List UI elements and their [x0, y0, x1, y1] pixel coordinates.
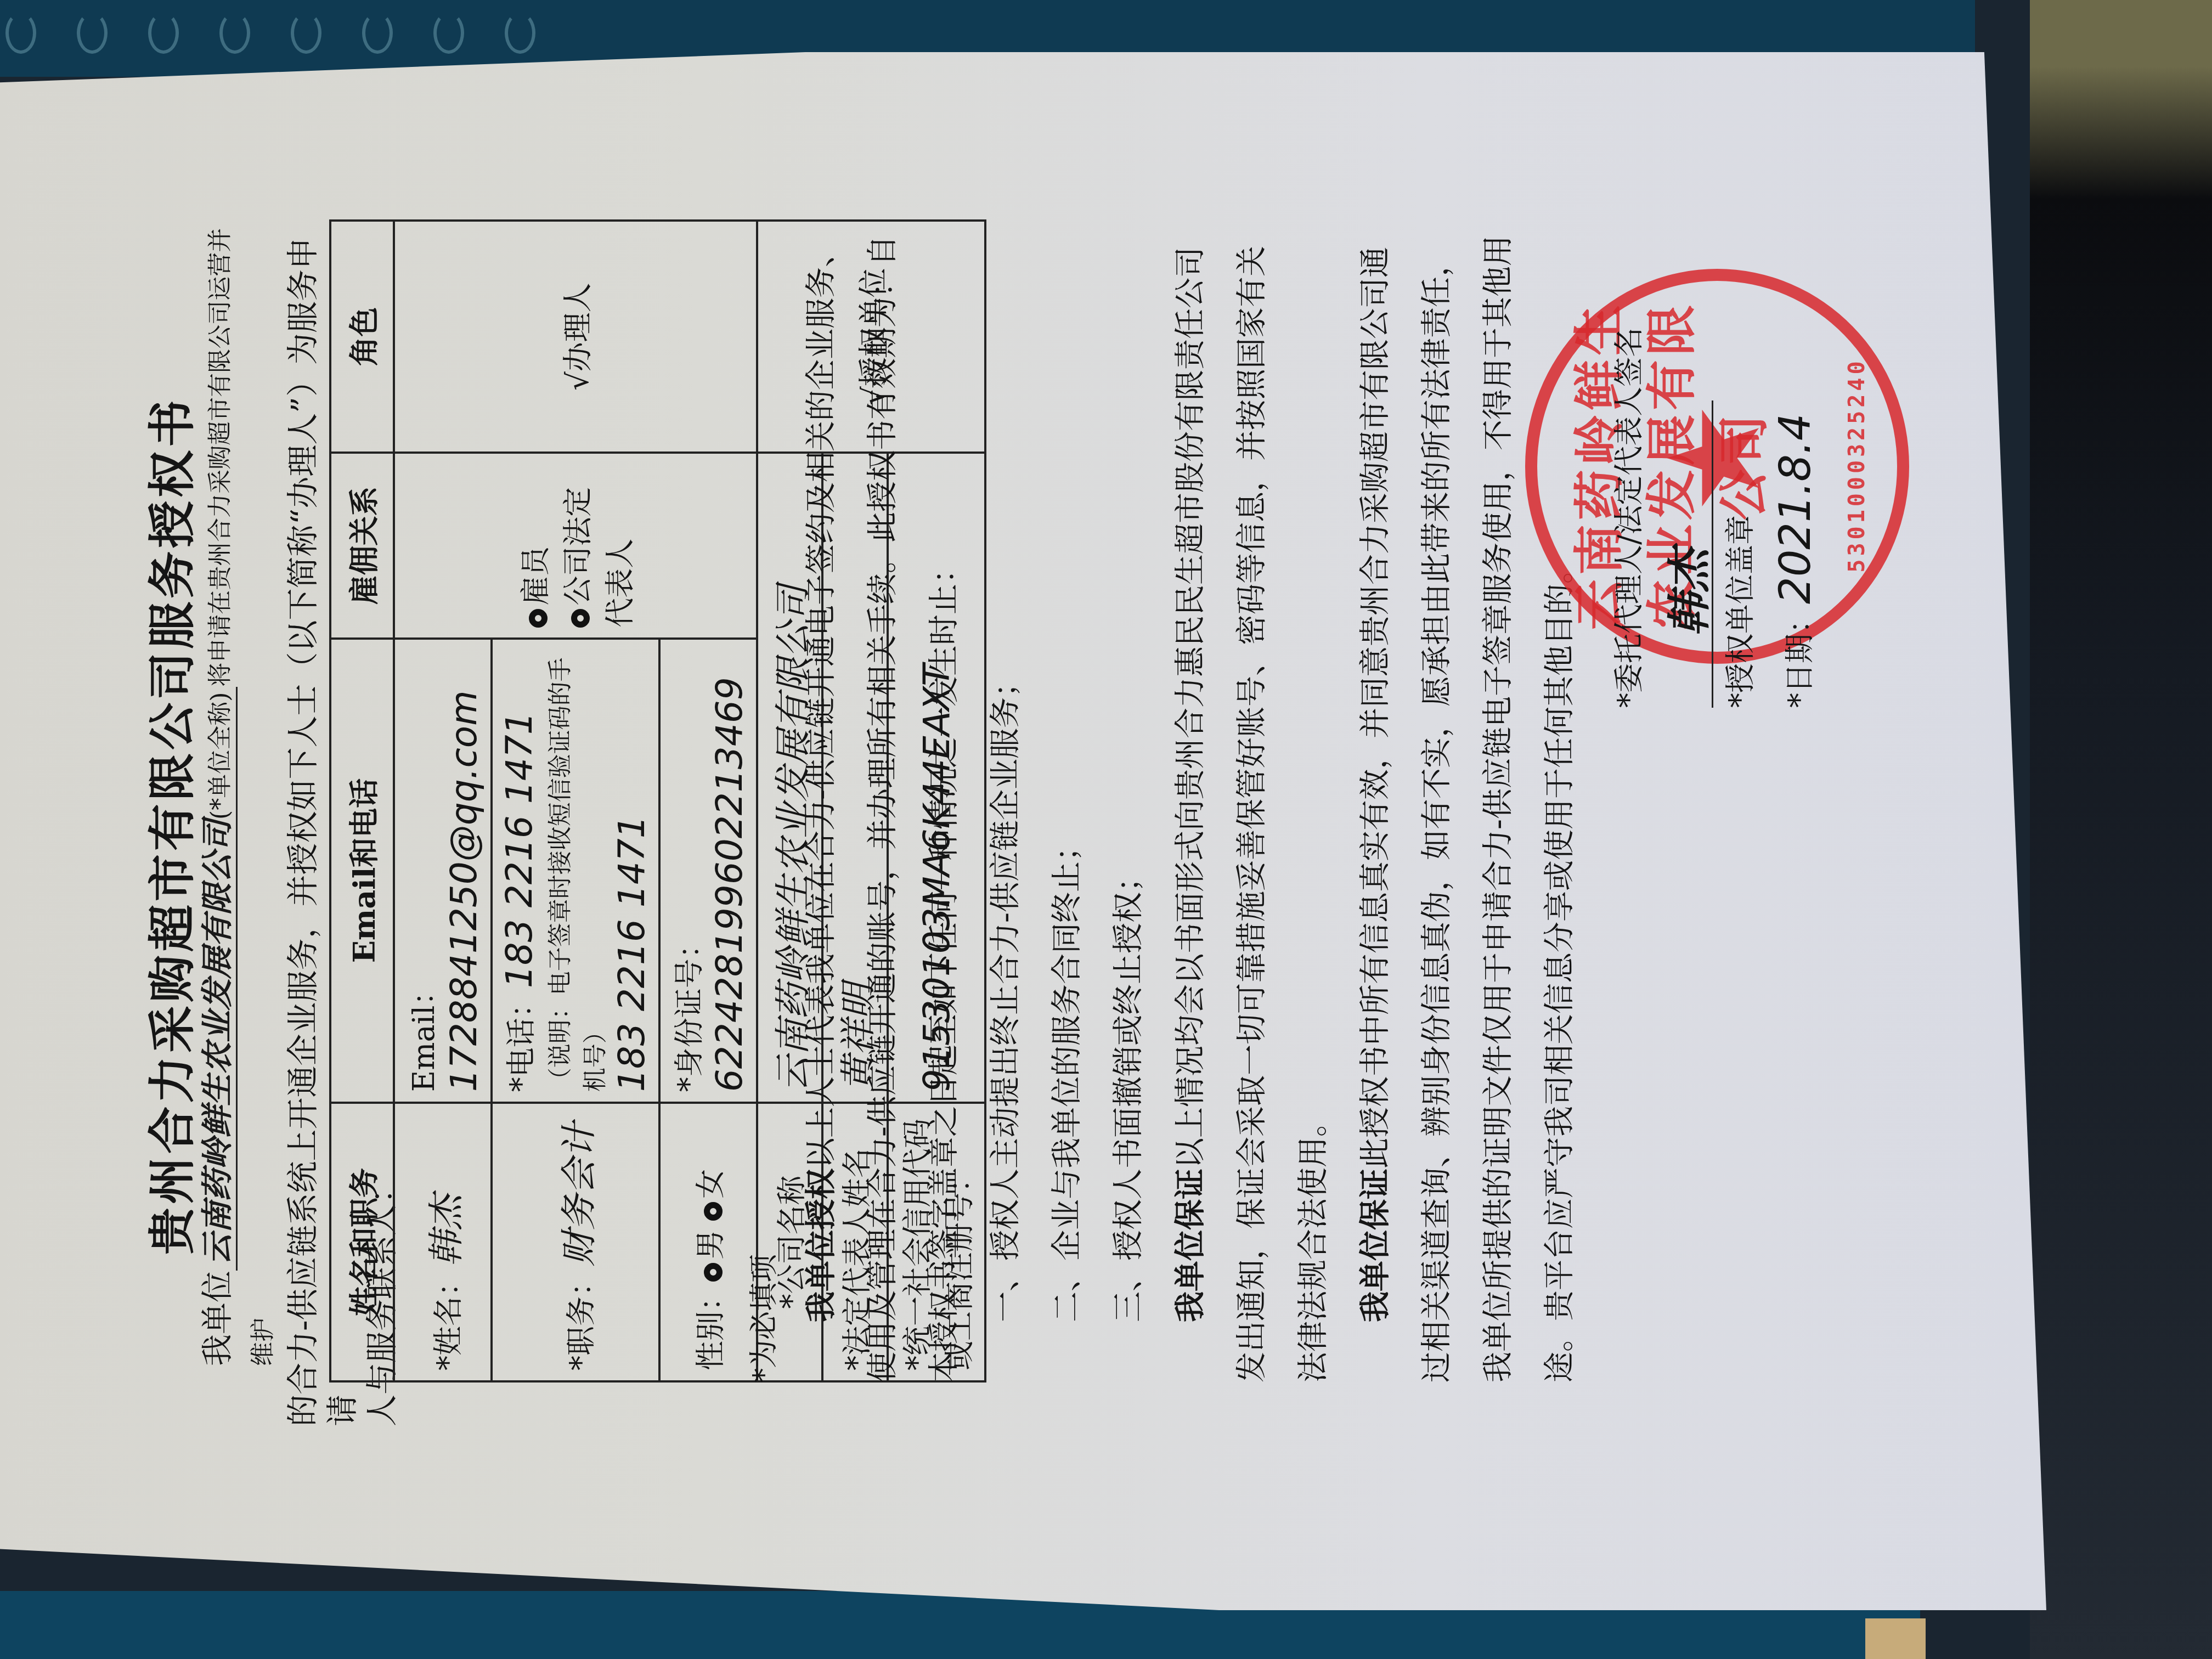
id-label: *身份证号： [672, 929, 707, 1092]
radio-female-icon [704, 1202, 723, 1221]
date-value: 2021.8.4 [1771, 414, 1820, 604]
phone-cell: *电话：183 2216 1471 （说明：电子签章时接收短信验证码的手机号） … [492, 639, 659, 1103]
fabric-pattern-icon [5, 12, 36, 54]
paragraph-lead: 我单位保证 [1357, 1169, 1393, 1322]
email-cell: Email：1728841250@qq.com [394, 639, 492, 1103]
paragraph-guarantee-notice: 我单位保证以上情况均会以书面形式向贵州合力惠民民生超市股份有限责任公司发出通知，… [1159, 219, 1344, 1383]
list-item: 一、授权人主动提出终止合力-供应链企业服务； [975, 219, 1036, 1383]
id-cell: *身份证号：622428199602213469 [659, 639, 757, 1103]
date-row: *日期：2021.8.4 [1768, 328, 1827, 708]
agent-signature: 韩杰 [1662, 549, 1717, 636]
paragraph-authorization: 我单位授权以上人士代表我单位在合力-供应链开通电子签约及相关的企业服务、使用及管… [790, 219, 975, 1383]
agent-signature-label: *委托代理人/法定代表人签名 [1612, 328, 1646, 708]
phone-label: *电话： [504, 988, 539, 1092]
authorization-document: 贵州合力采购超市有限公司服务授权书 我单位云南药岭鲜生农业发展有限公司(*单位全… [33, 44, 2172, 1607]
employment-option-employee: 雇员 [518, 546, 553, 606]
agent-signature-row: *委托代理人/法定代表人签名 [1602, 328, 1657, 708]
phone-value: 183 2216 1471 [498, 712, 540, 988]
sms-note: （说明：电子签章时接收短信验证码的手机号） [540, 650, 611, 1092]
intro-prefix: 我单位 [199, 1271, 236, 1366]
header-employment: 雇佣关系 [330, 453, 394, 639]
document-title: 贵州合力采购超市有限公司服务授权书 [134, 44, 202, 1607]
title-value: 财务会计 [558, 1122, 600, 1267]
sms-phone-value: 183 2216 1471 [611, 650, 653, 1092]
radio-employee-icon [529, 609, 548, 628]
required-note: *为必填项 [741, 1254, 782, 1383]
title-label: *职务： [564, 1267, 599, 1370]
radio-legal-rep-icon [571, 609, 590, 628]
name-value: 韩杰 [425, 1194, 467, 1267]
table-header-row: 姓名和职务 Email和电话 雇佣关系 角色 [330, 221, 394, 1381]
paragraph-lead: 我单位保证 [1172, 1169, 1208, 1322]
terms-body: 我单位授权以上人士代表我单位在合力-供应链开通电子签约及相关的企业服务、使用及管… [790, 219, 1590, 1383]
seal-label: *授权单位盖章 [1713, 328, 1768, 708]
date-label: *日期： [1782, 604, 1817, 708]
employment-cell: 雇员 公司法定代表人 [394, 453, 757, 639]
table-row: *姓名：韩杰 Email：1728841250@qq.com 雇员 公司法定代表… [394, 221, 492, 1381]
id-value: 622428199602213469 [708, 677, 751, 1092]
agent-signature-line: 韩杰 [1657, 328, 1713, 708]
background-wood-strip [1865, 1618, 1926, 1659]
title-cell: *职务：财务会计 [492, 1103, 659, 1381]
name-label: *姓名： [431, 1267, 466, 1370]
employment-option-legal-rep: 公司法定代表人 [561, 487, 637, 628]
header-role: 角色 [330, 221, 394, 453]
signature-block: *委托代理人/法定代表人签名 韩杰 *授权单位盖章 *日期：2021.8.4 [1602, 328, 1827, 708]
radio-male-icon [704, 1263, 723, 1282]
company-name-handwritten: 云南药岭鲜生农业发展有限公司 [199, 820, 236, 1265]
name-cell: *姓名：韩杰 [394, 1103, 492, 1381]
role-agent-cell: √办理人 [394, 221, 757, 453]
gender-option-female: 女 [693, 1169, 728, 1199]
header-name-title: 姓名和职务 [330, 1103, 394, 1381]
company-name-field: 云南药岭鲜生农业发展有限公司(*单位全称) [199, 687, 238, 1271]
header-email-phone: Email和电话 [330, 639, 394, 1103]
gender-label: 性别： [693, 1282, 728, 1370]
email-value: 1728841250@qq.com [443, 691, 485, 1092]
email-label: Email： [407, 976, 441, 1092]
stamp-code: 5301000325240 [1844, 328, 1870, 602]
company-name-hint: (*单位全称) [206, 692, 234, 820]
gender-option-male: 男 [693, 1230, 728, 1260]
list-item: 二、企业与我单位的服务合同终止； [1036, 219, 1098, 1383]
paragraph-lead: 我单位授权 [803, 1169, 839, 1322]
list-item: 三、授权人书面撤销或终止授权； [1098, 219, 1159, 1383]
